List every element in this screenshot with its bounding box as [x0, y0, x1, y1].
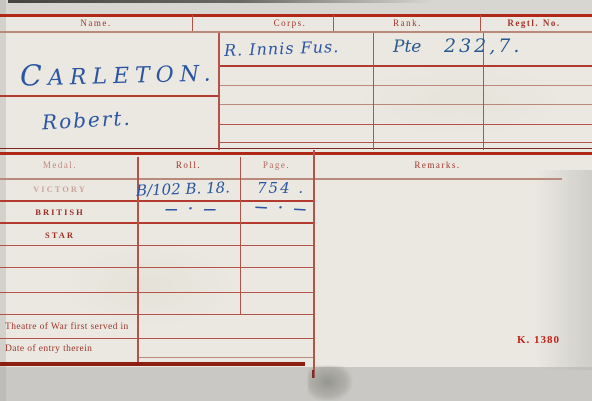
medal-index-card-scan: Name. Corps. Rank. Regtl. No. Medal. Rol… [0, 0, 592, 401]
page-column-header: Page. [240, 160, 313, 170]
row-rule [218, 142, 592, 143]
form-number: K. 1380 [440, 334, 560, 346]
medal-row-british-label: British [0, 207, 120, 217]
bottom-rule [0, 362, 305, 366]
scan-smudge-mark [308, 366, 352, 401]
row-rule [0, 222, 313, 224]
british-page-ditto-mark: — · — [246, 199, 319, 218]
medal-column-header: Medal. [0, 160, 120, 170]
medal-row-star-label: Star [0, 230, 120, 240]
page-remarks-divider [313, 150, 315, 378]
section-divider [0, 152, 592, 155]
corps-column-header: Corps. [215, 18, 365, 28]
row-rule [0, 292, 313, 293]
row-rule [218, 85, 592, 86]
medal-row-victory-label: Victory [0, 184, 120, 194]
name-column-divider [218, 33, 220, 150]
remarks-column-header: Remarks. [313, 160, 562, 170]
roll-page-divider [240, 157, 241, 314]
row-rule [0, 245, 313, 246]
date-of-entry-label: Date of entry therein [5, 344, 205, 354]
rank-handwriting: Pte [393, 37, 421, 57]
victory-roll-handwriting: B/102 B. 18. [136, 178, 230, 199]
row-rule [0, 314, 313, 315]
victory-page-handwriting: 754 . [257, 179, 305, 197]
british-roll-ditto-mark: — · — [148, 202, 236, 217]
rank-column-header: Rank. [350, 18, 465, 28]
row-rule [0, 267, 313, 268]
roll-column-header: Roll. [137, 160, 240, 170]
header-column-divider [192, 15, 193, 31]
scan-top-strip [0, 0, 592, 14]
corps-rank-divider [373, 33, 374, 150]
scan-bottom-strip [0, 367, 592, 401]
regtl-no-column-header: Regtl. No. [478, 18, 590, 28]
row-rule [218, 104, 592, 105]
regtl-no-handwriting: 232,7. [444, 35, 522, 57]
name-column-header: Name. [0, 18, 192, 28]
corps-handwriting: R. Innis Fus. [224, 37, 340, 60]
scan-stain [60, 240, 240, 330]
top-section-rule [0, 14, 592, 17]
header-underline [0, 31, 592, 33]
scan-top-edge-line [8, 0, 432, 3]
theatre-of-war-label: Theatre of War first served in [5, 322, 235, 332]
row-rule [0, 338, 313, 339]
row-rule [137, 357, 313, 358]
row-rule [218, 124, 592, 125]
surname-handwriting: CARLETON. [20, 53, 217, 92]
forename-handwriting: Robert. [41, 106, 132, 135]
scan-stain [350, 60, 570, 140]
name-divider-rule [0, 95, 218, 97]
row-rule [218, 65, 592, 67]
section-divider-dark [0, 148, 592, 149]
